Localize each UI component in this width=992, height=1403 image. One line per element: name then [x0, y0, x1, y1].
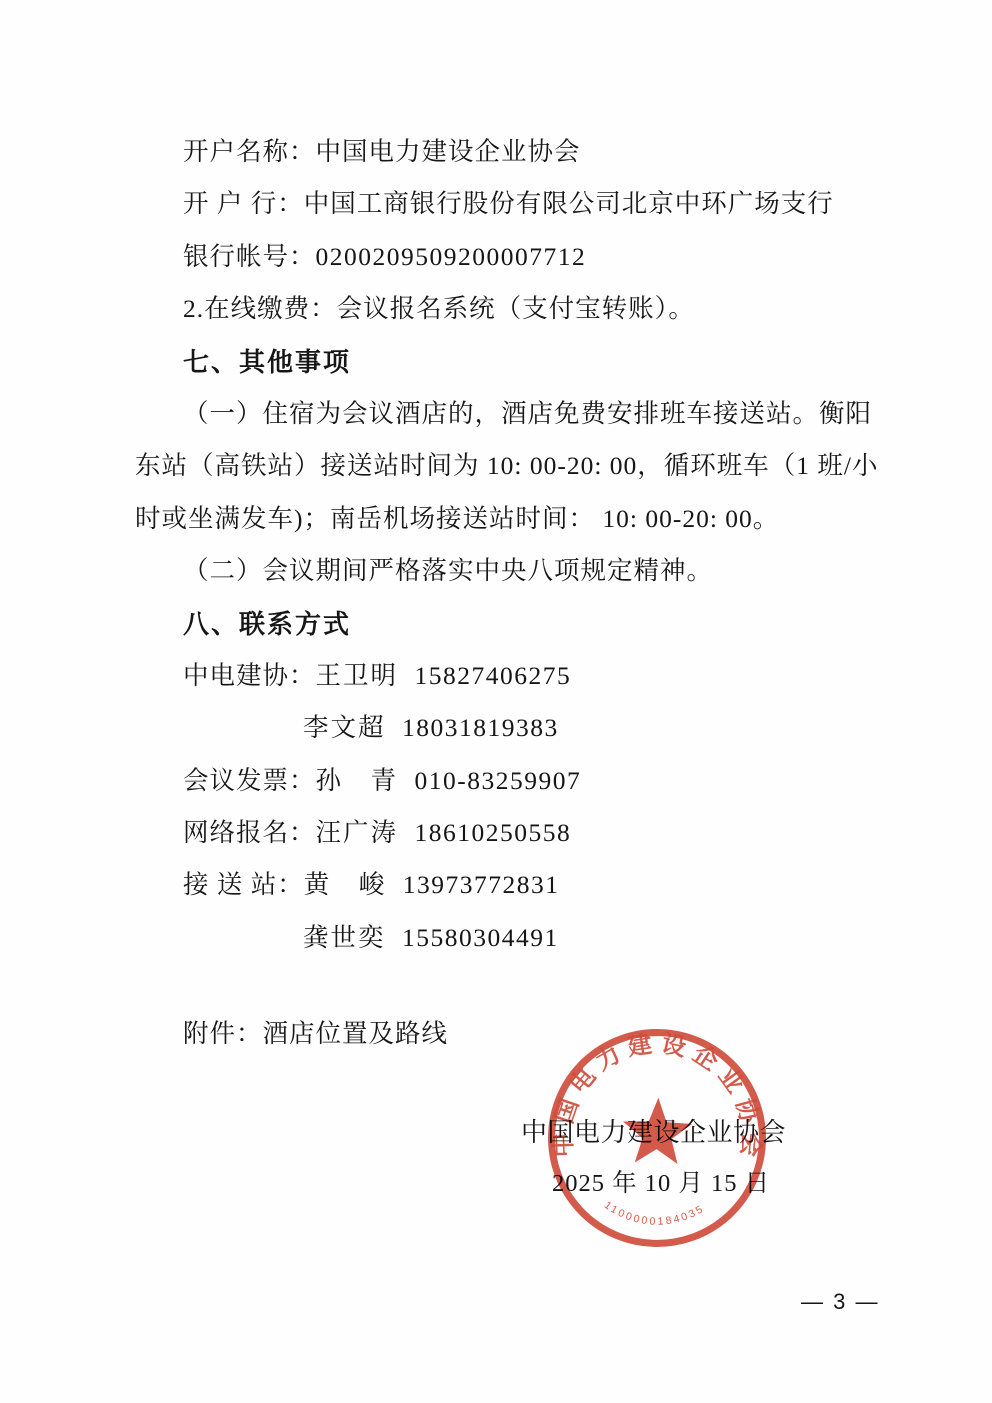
account-name-label: 开户名称： [183, 137, 316, 166]
bank-label: 开 户 行： [183, 189, 304, 218]
contact-row: 接 送 站：黄 峻13973772831 [135, 859, 932, 911]
contact-name: 王卫明 [316, 650, 415, 702]
seal-star-icon [622, 1096, 693, 1164]
online-payment-line: 2.在线缴费：会议报名系统（支付宝转账）。 [135, 283, 932, 335]
contact-label: 网络报名： [183, 807, 316, 859]
contact-row: 会议发票：孙 青010-83259907 [135, 755, 932, 807]
section-8-heading: 八、联系方式 [135, 598, 932, 650]
contact-row: 龚世奕15580304491 [135, 912, 932, 964]
contact-name: 黄 峻 [304, 859, 403, 911]
account-name-value: 中国电力建设企业协会 [316, 137, 581, 166]
contact-row: 中电建协：王卫明15827406275 [135, 650, 932, 702]
contact-label: 中电建协： [183, 650, 316, 702]
contact-row: 李文超18031819383 [135, 702, 932, 754]
contact-name: 李文超 [303, 702, 402, 754]
document-page: 开户名称：中国电力建设企业协会 开 户 行：中国工商银行股份有限公司北京中环广场… [0, 0, 992, 1403]
section-7-paragraph-1-line-2: 东站（高铁站）接送站时间为 10: 00-20: 00，循环班车（1 班/小 [135, 440, 932, 492]
contact-name: 龚世奕 [303, 912, 402, 964]
account-number-value: 0200209509200007712 [316, 242, 587, 271]
contact-phone: 13973772831 [403, 870, 560, 899]
section-7-heading: 七、其他事项 [135, 336, 932, 388]
section-7-paragraph-1-line-1: （一）住宿为会议酒店的，酒店免费安排班车接送站。衡阳 [135, 388, 932, 440]
attachment-line: 附件：酒店位置及路线 [135, 1008, 932, 1060]
contact-row: 网络报名：汪广涛18610250558 [135, 807, 932, 859]
section-7-paragraph-1-line-3: 时或坐满发车)；南岳机场接送站时间： 10: 00-20: 00。 [135, 493, 932, 545]
account-name-line: 开户名称：中国电力建设企业协会 [135, 126, 932, 178]
account-number-line: 银行帐号：0200209509200007712 [135, 231, 932, 283]
contact-label: 会议发票： [183, 755, 316, 807]
contact-phone: 15827406275 [415, 661, 572, 690]
seal-code-text: 1100000184035 [601, 1199, 707, 1230]
attachment-label: 附件： [183, 1019, 263, 1048]
document-body: 开户名称：中国电力建设企业协会 开 户 行：中国工商银行股份有限公司北京中环广场… [0, 0, 992, 1061]
contact-phone: 010-83259907 [415, 766, 582, 795]
seal-code-group: 1100000184035 [601, 1199, 707, 1230]
contact-phone: 15580304491 [402, 923, 559, 952]
contact-name: 孙 青 [316, 755, 415, 807]
attachment-text: 酒店位置及路线 [263, 1019, 449, 1048]
bank-value: 中国工商银行股份有限公司北京中环广场支行 [304, 189, 834, 218]
bank-line: 开 户 行：中国工商银行股份有限公司北京中环广场支行 [135, 178, 932, 230]
account-number-label: 银行帐号： [183, 242, 316, 271]
contact-name: 汪广涛 [316, 807, 415, 859]
page-number: — 3 — [801, 1289, 879, 1315]
official-seal: 中国电力建设企业协会 1100000184035 [542, 1023, 772, 1253]
contact-phone: 18610250558 [415, 818, 572, 847]
contact-phone: 18031819383 [402, 713, 559, 742]
section-7-paragraph-2: （二）会议期间严格落实中央八项规定精神。 [135, 545, 932, 597]
contact-label: 接 送 站： [183, 859, 304, 911]
